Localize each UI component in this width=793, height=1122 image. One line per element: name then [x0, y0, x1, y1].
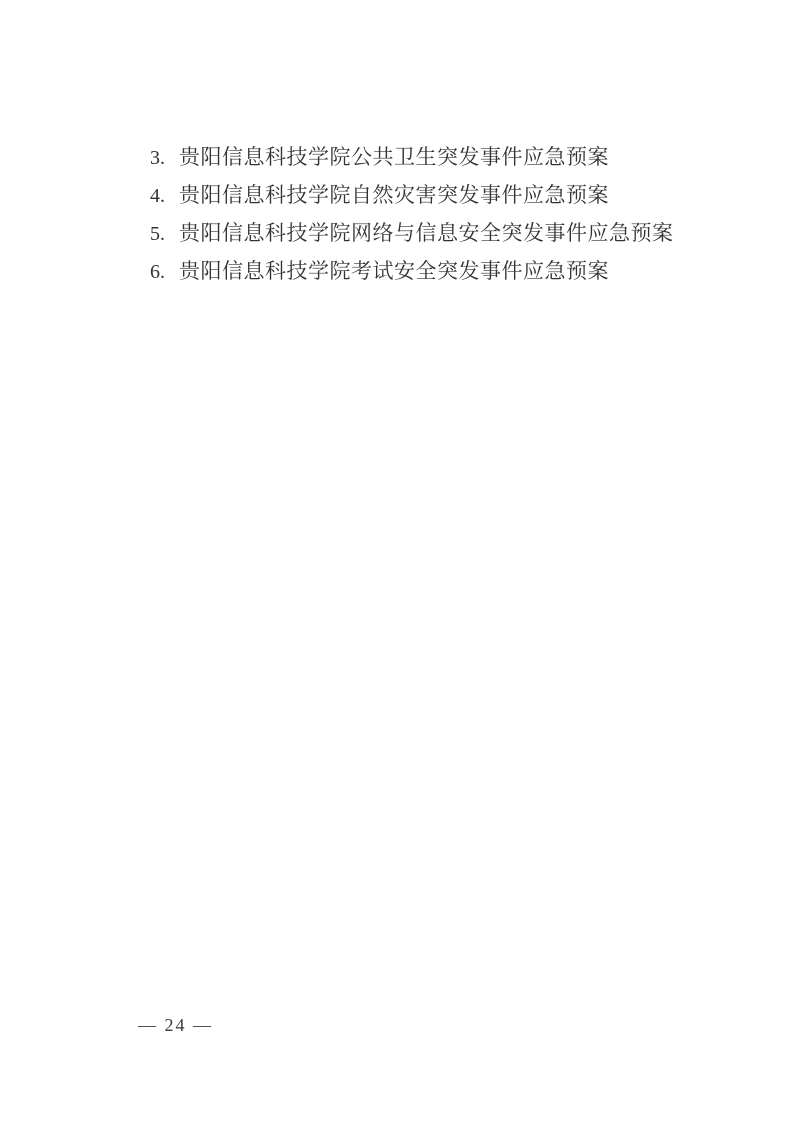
list-item-number: 5. — [150, 215, 179, 253]
list-item-text: 贵阳信息科技学院网络与信息安全突发事件应急预案 — [179, 214, 674, 252]
list-item: 6. 贵阳信息科技学院考试安全突发事件应急预案 — [150, 252, 733, 290]
list-item: 3. 贵阳信息科技学院公共卫生突发事件应急预案 — [150, 138, 733, 176]
document-page: 3. 贵阳信息科技学院公共卫生突发事件应急预案 4. 贵阳信息科技学院自然灾害突… — [0, 0, 793, 1122]
list-item: 5. 贵阳信息科技学院网络与信息安全突发事件应急预案 — [150, 214, 733, 252]
list-item-number: 6. — [150, 253, 179, 291]
list-item-text: 贵阳信息科技学院考试安全突发事件应急预案 — [179, 252, 609, 290]
list-item-number: 3. — [150, 139, 179, 177]
emergency-plan-list: 3. 贵阳信息科技学院公共卫生突发事件应急预案 4. 贵阳信息科技学院自然灾害突… — [150, 138, 733, 290]
list-item-text: 贵阳信息科技学院公共卫生突发事件应急预案 — [179, 138, 609, 176]
list-item-number: 4. — [150, 177, 179, 215]
list-item: 4. 贵阳信息科技学院自然灾害突发事件应急预案 — [150, 176, 733, 214]
list-item-text: 贵阳信息科技学院自然灾害突发事件应急预案 — [179, 176, 609, 214]
page-number: — 24 — — [138, 1015, 213, 1036]
